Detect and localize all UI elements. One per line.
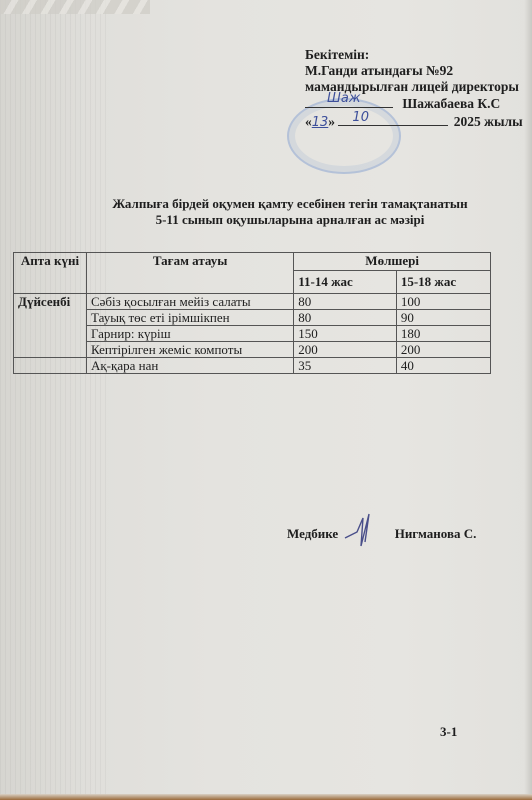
underlying-page-edge [0, 0, 150, 14]
dish-cell: Кептірілген жеміс компоты [86, 342, 293, 358]
date-close-quote: » [328, 114, 335, 129]
paper-texture [0, 0, 110, 800]
paper-right-edge [524, 0, 532, 800]
amount-15-18-cell: 100 [396, 294, 490, 310]
approval-label: Бекітемін: [305, 47, 523, 63]
date-open-quote: « [305, 114, 312, 129]
director-signature: Шаж [327, 91, 361, 107]
nurse-signature-block: Медбике Нигманова С. [287, 520, 476, 550]
amount-11-14-cell: 200 [294, 342, 397, 358]
approval-date-row: «13» 10 2025 жылы [305, 112, 523, 131]
header-dish: Тағам атауы [86, 253, 293, 294]
director-name: Шажабаева К.С [402, 96, 500, 111]
date-year: 2025 жылы [454, 114, 523, 129]
amount-15-18-cell: 200 [396, 342, 490, 358]
header-day: Апта күні [14, 253, 87, 294]
document-title: Жалпыға бірдей оқумен қамту есебінен тег… [100, 196, 480, 228]
nurse-name: Нигманова С. [395, 526, 477, 541]
dish-cell: Гарнир: күріш [86, 326, 293, 342]
page-number: 3-1 [440, 724, 457, 740]
table-row: Дүйсенбі Сәбіз қосылған мейіз салаты 80 … [14, 294, 491, 310]
menu-table: Апта күні Тағам атауы Мөлшері 11-14 жас … [13, 252, 491, 374]
dish-cell: Ақ-қара нан [86, 358, 293, 374]
amount-11-14-cell: 80 [294, 310, 397, 326]
dish-cell: Сәбіз қосылған мейіз салаты [86, 294, 293, 310]
empty-day-cell [14, 358, 87, 374]
date-month: 10 [352, 110, 369, 126]
day-cell: Дүйсенбі [14, 294, 87, 358]
amount-11-14-cell: 150 [294, 326, 397, 342]
header-age-11-14: 11-14 жас [294, 270, 397, 293]
approval-school-name: М.Ганди атындағы №92 [305, 63, 523, 79]
amount-15-18-cell: 180 [396, 326, 490, 342]
approval-signature-row: Шаж Шажабаева К.С [305, 95, 523, 112]
approval-block: Бекітемін: М.Ганди атындағы №92 мамандыр… [305, 47, 523, 131]
nurse-signature [341, 520, 381, 550]
amount-15-18-cell: 90 [396, 310, 490, 326]
amount-11-14-cell: 80 [294, 294, 397, 310]
nurse-label: Медбике [287, 526, 338, 541]
header-amount: Мөлшері [294, 253, 491, 271]
date-day: 13 [312, 115, 329, 130]
dish-cell: Тауық төс еті ірімшікпен [86, 310, 293, 326]
director-signature-line: Шаж [305, 95, 393, 108]
date-month-line: 10 [338, 112, 448, 126]
table-surface-edge [0, 794, 532, 800]
amount-11-14-cell: 35 [294, 358, 397, 374]
header-age-15-18: 15-18 жас [396, 270, 490, 293]
title-line-2: 5-11 сынып оқушыларына арналған ас мәзір… [100, 212, 480, 228]
amount-15-18-cell: 40 [396, 358, 490, 374]
table-row: Ақ-қара нан 35 40 [14, 358, 491, 374]
title-line-1: Жалпыға бірдей оқумен қамту есебінен тег… [100, 196, 480, 212]
table-header-row: Апта күні Тағам атауы Мөлшері [14, 253, 491, 271]
signature-scribble-icon [341, 512, 381, 552]
